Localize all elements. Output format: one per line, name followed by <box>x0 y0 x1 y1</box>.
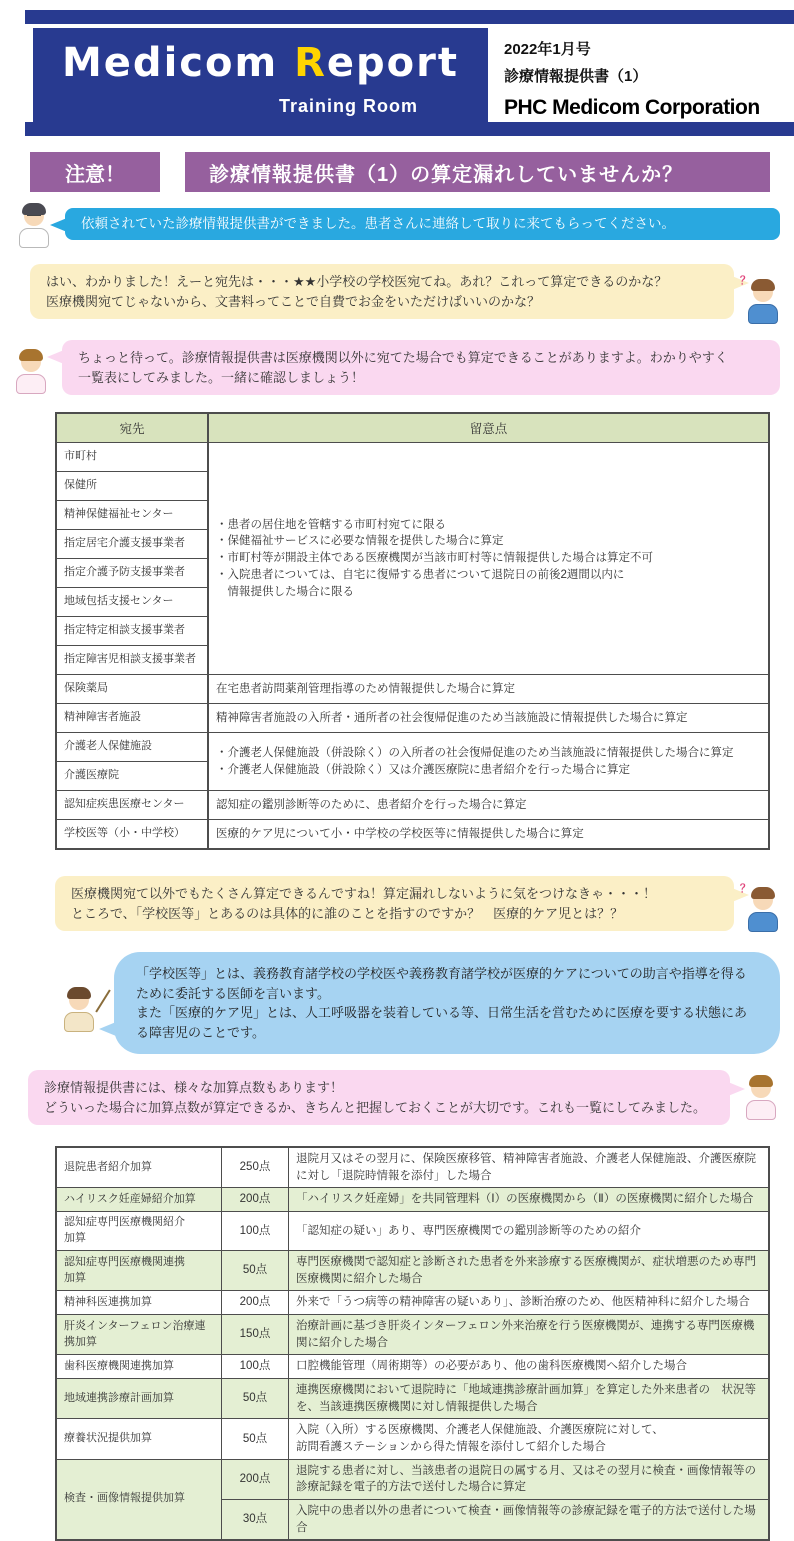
convo-row-3: ちょっと待って。診療情報提供書は医療機関以外に宛てた場合でも算定できることがあり… <box>12 340 780 400</box>
header-top-bar <box>25 10 794 24</box>
receptionist-avatar-uniform <box>16 374 46 394</box>
note-cell: 認知症の鑑別診断等のために、患者紹介を行った場合に算定 <box>208 791 769 820</box>
column-header-addressee: 宛先 <box>56 413 208 443</box>
convo-row-6: 診療情報提供書には、様々な加算点数もあります！ どういった場合に加算点数が算定で… <box>28 1070 780 1126</box>
company-name: PHC Medicom Corporation <box>504 96 794 120</box>
addressee-cell: 市町村 <box>56 443 208 472</box>
note-cell: 在宅患者訪問薬剤管理指導のため情報提供した場合に算定 <box>208 675 769 704</box>
header: Medicom Report Training Room 2022年1月号 診療… <box>33 28 794 122</box>
addition-name-cell: 認知症専門医療機関紹介 加算 <box>56 1212 222 1251</box>
instructor-avatar-head <box>69 990 89 1010</box>
receptionist-avatar-head <box>751 1078 771 1098</box>
page-title: 診療情報提供書（1）の算定漏れしていませんか？ <box>185 152 770 192</box>
addition-name-cell: 歯科医療機関連携加算 <box>56 1355 222 1379</box>
table-row: 肝炎インターフェロン治療連 携加算150点治療計画に基づき肝炎インターフェロン外… <box>56 1314 769 1354</box>
nurse-avatar-head <box>753 282 773 302</box>
points-cell: 200点 <box>222 1459 289 1499</box>
issue-date: 2022年1月号 <box>504 36 794 63</box>
speech-bubble-explanation: 「学校医等」とは、義務教育諸学校の学校医や義務教育諸学校が医療的ケアについての助… <box>114 952 780 1054</box>
nurse-avatar-head <box>753 890 773 910</box>
nurse-avatar: ？ <box>744 886 782 938</box>
table-row: 学校医等（小・中学校）医療的ケア児について小・中学校の学校医等に情報提供した場合… <box>56 820 769 850</box>
issue-subject: 診療情報提供書（1） <box>504 63 794 90</box>
instructor-avatar <box>60 986 98 1038</box>
addressee-cell: 指定居宅介護支援事業者 <box>56 530 208 559</box>
points-cell: 100点 <box>222 1212 289 1251</box>
points-cell: 30点 <box>222 1499 289 1540</box>
logo-medicom: Medicom <box>62 40 294 86</box>
points-cell: 50点 <box>222 1250 289 1290</box>
doctor-avatar-head <box>24 206 44 226</box>
table-row: 保険薬局在宅患者訪問薬剤管理指導のため情報提供した場合に算定 <box>56 675 769 704</box>
table-row: 認知症専門医療機関紹介 加算100点「認知症の疑い」あり、専門医療機関での鑑別診… <box>56 1212 769 1251</box>
doctor-avatar <box>15 202 53 254</box>
speech-bubble-doctor: 依頼されていた診療情報提供書ができました。患者さんに連絡して取りに来てもらってく… <box>65 208 780 240</box>
addressee-cell: 指定介護予防支援事業者 <box>56 559 208 588</box>
nurse-avatar: ？ <box>744 278 782 330</box>
table-row: 検査・画像情報提供加算200点退院する患者に対し、当該患者の退院日の属する月、又… <box>56 1459 769 1499</box>
condition-cell: 連携医療機関において退院時に「地域連携診療計画加算」を算定した外来患者の 状況等… <box>289 1378 770 1418</box>
points-cell: 50点 <box>222 1419 289 1459</box>
convo-row-2: はい、わかりました！えーと宛先は・・・★★小学校の学校医宛てね。あれ？これって算… <box>30 264 782 330</box>
condition-cell: 退院月又はその翌月に、保険医療移管、精神障害者施設、介護老人保健施設、介護医療院… <box>289 1147 770 1188</box>
question-mark-icon: ？ <box>740 272 751 288</box>
condition-cell: 口腔機能管理（周術期等）の必要があり、他の歯科医療機関へ紹介した場合 <box>289 1355 770 1379</box>
addition-name-cell: 退院患者紹介加算 <box>56 1147 222 1188</box>
addition-name-cell: 肝炎インターフェロン治療連 携加算 <box>56 1314 222 1354</box>
medicom-report-logo: Medicom Report Training Room <box>33 28 488 122</box>
nurse-avatar-scrubs <box>748 304 778 324</box>
receptionist-avatar <box>742 1074 780 1126</box>
table-row: 精神科医連携加算200点外来で「うつ病等の精神障害の疑いあり」、診断治療のため、… <box>56 1291 769 1315</box>
note-cell: 精神障害者施設の入所者・通所者の社会復帰促進のため当該施設に情報提供した場合に算… <box>208 704 769 733</box>
condition-cell: 入院（入所）する医療機関、介護老人保健施設、介護医療院に対して、 訪問看護ステー… <box>289 1419 770 1459</box>
addressee-cell: 指定障害児相談支援事業者 <box>56 646 208 675</box>
addressee-cell: 保健所 <box>56 472 208 501</box>
points-cell: 50点 <box>222 1378 289 1418</box>
addressee-cell: 認知症疾患医療センター <box>56 791 208 820</box>
column-header-note: 留意点 <box>208 413 769 443</box>
instructor-avatar-clothes <box>64 1012 94 1032</box>
condition-cell: 入院中の患者以外の患者について検査・画像情報等の診療記録を電子的方法で送付した場… <box>289 1499 770 1540</box>
addressee-cell: 介護医療院 <box>56 762 208 791</box>
addressee-cell: 地域包括支援センター <box>56 588 208 617</box>
speech-bubble-advice: ちょっと待って。診療情報提供書は医療機関以外に宛てた場合でも算定できることがあり… <box>62 340 780 395</box>
table-row: 療養状況提供加算50点入院（入所）する医療機関、介護老人保健施設、介護医療院に対… <box>56 1419 769 1459</box>
speech-bubble-addition-points: 診療情報提供書には、様々な加算点数もあります！ どういった場合に加算点数が算定で… <box>28 1070 730 1125</box>
points-cell: 100点 <box>222 1355 289 1379</box>
table-header-row: 宛先 留意点 <box>56 413 769 443</box>
convo-row-1: 依頼されていた診療情報提供書ができました。患者さんに連絡して取りに来てもらってく… <box>15 202 780 254</box>
table-row: 認知症専門医療機関連携 加算50点専門医療機関で認知症と診断された患者を外来診療… <box>56 1250 769 1290</box>
note-cell: ・介護老人保健施設（併設除く）の入所者の社会復帰促進のため当該施設に情報提供した… <box>208 733 769 791</box>
condition-cell: 「認知症の疑い」あり、専門医療機関での鑑別診断等のための紹介 <box>289 1212 770 1251</box>
addition-name-cell: 地域連携診療計画加算 <box>56 1378 222 1418</box>
addressee-cell: 介護老人保健施設 <box>56 733 208 762</box>
receptionist-avatar-uniform <box>746 1100 776 1120</box>
table-row: 市町村・患者の居住地を管轄する市町村宛てに限る ・保健福祉サービスに必要な情報を… <box>56 443 769 472</box>
table-row: 介護老人保健施設・介護老人保健施設（併設除く）の入所者の社会復帰促進のため当該施… <box>56 733 769 762</box>
logo-report-rest: eport <box>327 40 459 86</box>
points-cell: 250点 <box>222 1147 289 1188</box>
convo-row-4: 医療機関宛て以外でもたくさん算定できるんですね！算定漏れしないように気をつけなき… <box>55 876 782 938</box>
newsletter-page: Medicom Report Training Room 2022年1月号 診療… <box>0 0 794 1541</box>
condition-cell: 外来で「うつ病等の精神障害の疑いあり」、診断治療のため、他医精神科に紹介した場合 <box>289 1291 770 1315</box>
condition-cell: 専門医療機関で認知症と診断された患者を外来診療する医療機関が、症状増悪のため専門… <box>289 1250 770 1290</box>
addressee-cell: 学校医等（小・中学校） <box>56 820 208 850</box>
condition-cell: 治療計画に基づき肝炎インターフェロン外来治療を行う医療機関が、連携する専門医療機… <box>289 1314 770 1354</box>
table-row: 地域連携診療計画加算50点連携医療機関において退院時に「地域連携診療計画加算」を… <box>56 1378 769 1418</box>
header-info: 2022年1月号 診療情報提供書（1） PHC Medicom Corporat… <box>488 28 794 122</box>
table-row: 精神障害者施設精神障害者施設の入所者・通所者の社会復帰促進のため当該施設に情報提… <box>56 704 769 733</box>
question-mark-icon: ？ <box>740 880 751 896</box>
note-cell: 医療的ケア児について小・中学校の学校医等に情報提供した場合に算定 <box>208 820 769 850</box>
condition-cell: 「ハイリスク妊産婦」を共同管理料（Ⅰ）の医療機関から（Ⅱ）の医療機関に紹介した場… <box>289 1188 770 1212</box>
logo-text: Medicom Report <box>33 40 488 86</box>
addition-name-cell: 療養状況提供加算 <box>56 1419 222 1459</box>
notice-row: 注意！ 診療情報提供書（1）の算定漏れしていませんか？ <box>30 152 770 192</box>
points-cell: 200点 <box>222 1188 289 1212</box>
addition-name-cell: 精神科医連携加算 <box>56 1291 222 1315</box>
header-bottom-bar <box>25 122 794 136</box>
addressee-cell: 精神障害者施設 <box>56 704 208 733</box>
addressee-cell: 精神保健福祉センター <box>56 501 208 530</box>
addressee-cell: 保険薬局 <box>56 675 208 704</box>
logo-report-r: R <box>294 40 327 86</box>
training-room-label: Training Room <box>279 96 418 117</box>
addition-name-cell: 検査・画像情報提供加算 <box>56 1459 222 1540</box>
note-cell: ・患者の居住地を管轄する市町村宛てに限る ・保健福祉サービスに必要な情報を提供し… <box>208 443 769 675</box>
pointer-stick <box>95 989 110 1012</box>
addition-points-table: 退院患者紹介加算250点退院月又はその翌月に、保険医療移管、精神障害者施設、介護… <box>55 1146 770 1541</box>
receptionist-avatar <box>12 348 50 400</box>
speech-bubble-nurse-followup: 医療機関宛て以外でもたくさん算定できるんですね！算定漏れしないように気をつけなき… <box>55 876 734 931</box>
table-row: 退院患者紹介加算250点退院月又はその翌月に、保険医療移管、精神障害者施設、介護… <box>56 1147 769 1188</box>
convo-row-5: 「学校医等」とは、義務教育諸学校の学校医や義務教育諸学校が医療的ケアについての助… <box>60 952 780 1054</box>
doctor-avatar-coat <box>19 228 49 248</box>
addressee-table: 宛先 留意点 市町村・患者の居住地を管轄する市町村宛てに限る ・保健福祉サービス… <box>55 412 770 850</box>
table-row: 歯科医療機関連携加算100点口腔機能管理（周術期等）の必要があり、他の歯科医療機… <box>56 1355 769 1379</box>
condition-cell: 退院する患者に対し、当該患者の退院日の属する月、又はその翌月に検査・画像情報等の… <box>289 1459 770 1499</box>
speech-bubble-nurse-question: はい、わかりました！えーと宛先は・・・★★小学校の学校医宛てね。あれ？これって算… <box>30 264 734 319</box>
nurse-avatar-scrubs <box>748 912 778 932</box>
receptionist-avatar-head <box>21 352 41 372</box>
table-row: ハイリスク妊産婦紹介加算200点「ハイリスク妊産婦」を共同管理料（Ⅰ）の医療機関… <box>56 1188 769 1212</box>
points-cell: 150点 <box>222 1314 289 1354</box>
attention-badge: 注意！ <box>30 152 160 192</box>
points-cell: 200点 <box>222 1291 289 1315</box>
addressee-cell: 指定特定相談支援事業者 <box>56 617 208 646</box>
addition-name-cell: 認知症専門医療機関連携 加算 <box>56 1250 222 1290</box>
addition-name-cell: ハイリスク妊産婦紹介加算 <box>56 1188 222 1212</box>
table-row: 認知症疾患医療センター認知症の鑑別診断等のために、患者紹介を行った場合に算定 <box>56 791 769 820</box>
